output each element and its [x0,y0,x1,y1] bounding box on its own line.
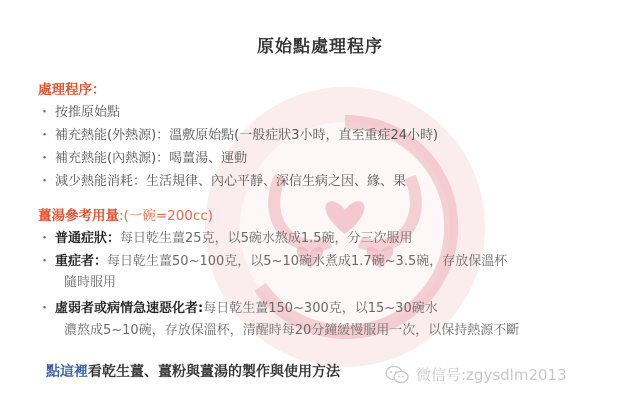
dosage-item: ・虛弱者或病情急速惡化者:每日乾生薑150~300克，以15~30碗水 [38,300,438,318]
dosage-item: ・重症者：每日乾生薑50~100克，以5~10碗水煮成1.7碗~3.5碗，存放保… [38,253,507,271]
bullet: ・ [38,231,51,246]
item-value: 生活規律、內心平靜、深信生病之因、緣、果 [146,174,406,189]
item-label: 虛弱者或病情急速惡化者: [55,301,203,316]
item-value: 每日乾生薑25克，以5碗水熬成1.5碗，分三次服用 [120,231,413,246]
bullet: ・ [38,105,51,120]
dosage-item-continuation: 隨時服用 [64,274,116,292]
section-heading-ginger-soup: 薑湯參考用量:(一碗=200cc) [38,207,213,225]
item-label: 按推原始點 [55,105,120,120]
procedure-item: ・補充熱能(內熱源)：喝薑湯、運動 [38,150,247,168]
bullet: ・ [38,254,51,269]
item-value: 每日乾生薑150~300克，以15~30碗水 [203,301,438,316]
item-value: 每日乾生薑50~100克，以5~10碗水煮成1.7碗~3.5碗，存放保溫杯 [107,254,507,269]
howto-link[interactable]: 點這裡看乾生薑、薑粉與薑湯的製作與使用方法 [46,363,340,381]
dosage-item-continuation: 濃熬成5~10碗，存放保溫杯，清醒時每20分鐘緩慢服用一次，以保持熱源不斷 [64,322,519,340]
item-value: 喝薑湯、運動 [169,151,247,166]
item-label: 普通症狀： [55,231,120,246]
procedure-item: ・補充熱能(外熱源)：溫敷原始點(一般症狀3小時，直至重症24小時) [38,127,438,145]
bullet: ・ [38,174,51,189]
item-label: 補充熱能(內熱源)： [55,151,169,166]
section-heading-procedure: 處理程序： [38,81,106,99]
wechat-watermark: 微信号:zgysdlm2013 [384,364,567,385]
bullet: ・ [38,128,51,143]
item-value: 溫敷原始點(一般症狀3小時，直至重症24小時) [169,128,438,143]
click-here-link[interactable]: 點這裡 [46,364,88,380]
item-label: 減少熱能消耗： [55,174,146,189]
procedure-item: ・減少熱能消耗：生活規律、內心平靜、深信生病之因、緣、果 [38,173,406,191]
heading-suffix: :(一碗=200cc) [119,208,213,224]
page-title: 原始點處理程序 [0,32,640,57]
dosage-item: ・普通症狀：每日乾生薑25克，以5碗水熬成1.5碗，分三次服用 [38,230,413,248]
heading-text: 薑湯參考用量 [38,208,119,224]
bullet: ・ [38,151,51,166]
item-label: 補充熱能(外熱源)： [55,128,169,143]
item-label: 重症者： [55,254,107,269]
link-description: 看乾生薑、薑粉與薑湯的製作與使用方法 [88,364,340,380]
procedure-item: ・按推原始點 [38,104,120,122]
wechat-icon [384,365,410,385]
bullet: ・ [38,301,51,316]
wechat-id: 微信号:zgysdlm2013 [416,364,567,385]
